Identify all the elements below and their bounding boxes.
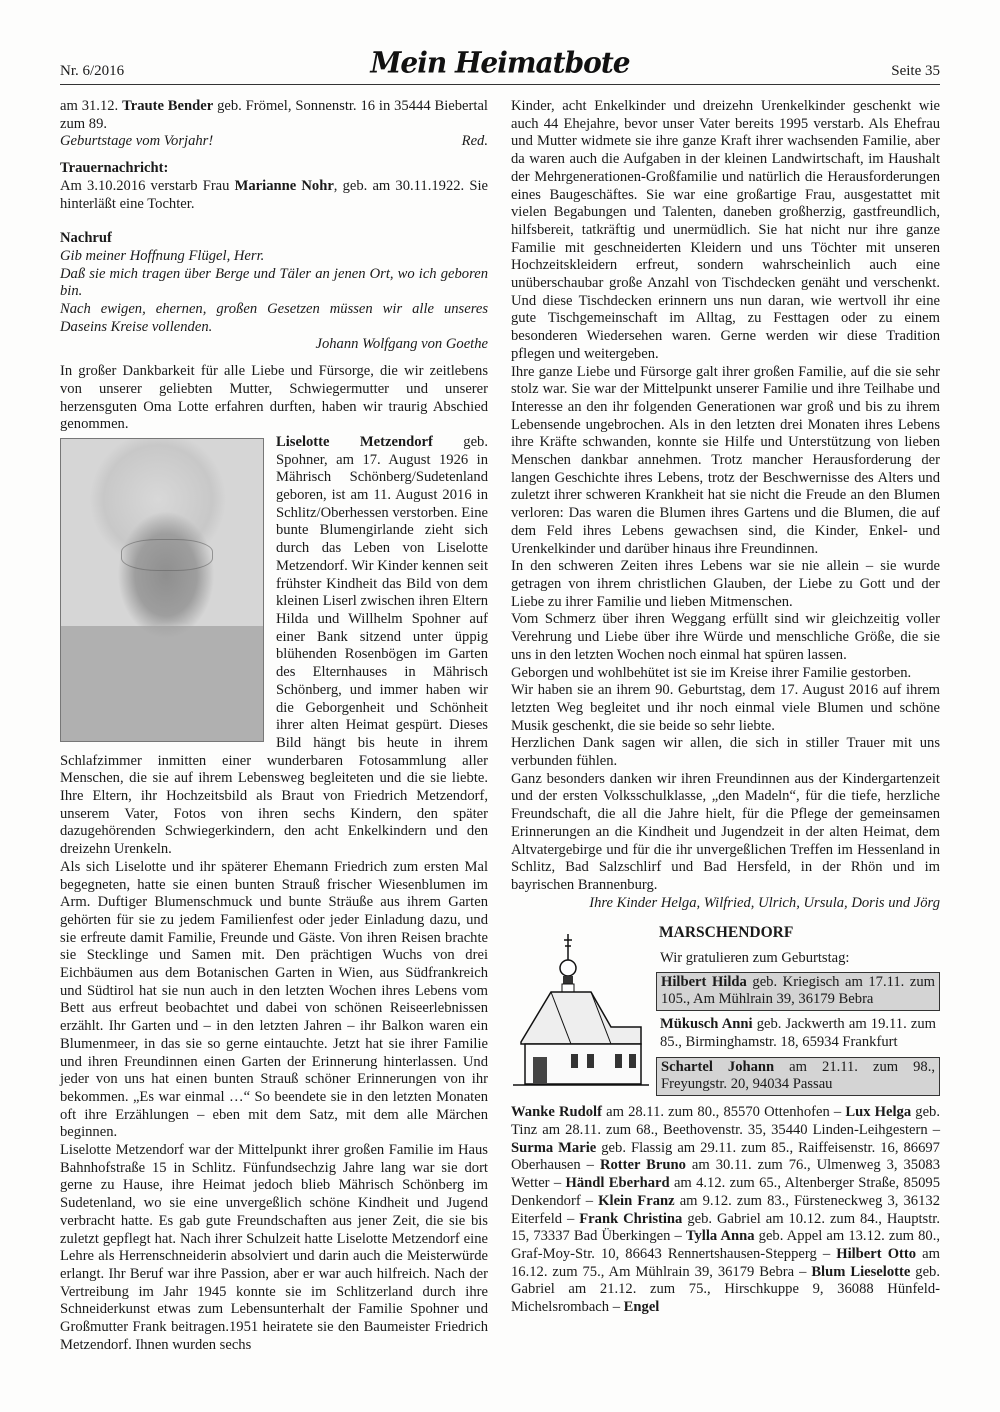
nachruf-paragraph: Wir haben sie an ihrem 90. Geburtstag, d… bbox=[511, 682, 940, 735]
trauer-text: Am 3.10.2016 verstarb Frau Marianne Nohr… bbox=[60, 178, 488, 213]
nachruf-paragraph: Als sich Liselotte und ihr späterer Ehem… bbox=[60, 859, 488, 1142]
birthday-entry: Mükusch Anni geb. Jackwerth am 19.11. zu… bbox=[656, 1015, 940, 1052]
poem-author: Johann Wolfgang von Goethe bbox=[60, 336, 488, 354]
nachruf-paragraph: Herzlichen Dank sagen wir allen, die sic… bbox=[511, 735, 940, 770]
nachruf-heading: Nachruf bbox=[60, 230, 488, 248]
page-header: Nr. 6/2016 Mein Heimatbote Seite 35 bbox=[60, 52, 940, 85]
nachruf-paragraph: Kinder, acht Enkelkinder und dreizehn Ur… bbox=[511, 98, 940, 364]
person-name: Traute Bender bbox=[122, 98, 213, 114]
church-illustration-icon bbox=[511, 932, 651, 1092]
portrait-photo bbox=[60, 438, 264, 742]
nachruf-paragraph: In den schweren Zeiten ihres Lebens war … bbox=[511, 558, 940, 611]
poem-line: Gib meiner Hoffnung Flügel, Herr. bbox=[60, 248, 488, 266]
nachruf-paragraph: Ganz besonders danken wir ihren Freundin… bbox=[511, 771, 940, 895]
trauer-heading: Trauernachricht: bbox=[60, 160, 488, 178]
masthead-logo: Mein Heimatbote bbox=[60, 45, 940, 80]
poem-line: Daß sie mich tragen über Berge und Täler… bbox=[60, 266, 488, 301]
nachruf-intro: In großer Dankbarkeit für alle Liebe und… bbox=[60, 363, 488, 434]
nachruf-signature: Ihre Kinder Helga, Wilfried, Ulrich, Urs… bbox=[511, 895, 940, 913]
birthday-highlight-box: Hilbert Hilda geb. Kriegisch am 17.11. z… bbox=[656, 972, 940, 1011]
marschendorf-birthdays: MARSCHENDORF Wir gratulieren zum Geburts… bbox=[656, 912, 940, 1098]
birthday-list: Wanke Rudolf am 28.11. zum 80., 85570 Ot… bbox=[511, 1104, 940, 1316]
deceased-name: Liselotte Metzendorf bbox=[276, 434, 433, 450]
marschendorf-section: MARSCHENDORF Wir gratulieren zum Geburts… bbox=[511, 912, 940, 1102]
nachruf-paragraph: Ihre ganze Liebe und Fürsorge galt ihrer… bbox=[511, 364, 940, 559]
birthday-highlight-box: Schartel Johann am 21.11. zum 98., Freyu… bbox=[656, 1057, 940, 1096]
section-title: MARSCHENDORF bbox=[659, 924, 940, 942]
right-column: Kinder, acht Enkelkinder und dreizehn Ur… bbox=[511, 98, 940, 1317]
left-column: am 31.12. Traute Bender geb. Frömel, Son… bbox=[60, 98, 488, 1355]
nachruf-paragraph: Geborgen und wohlbehütet ist sie im Krei… bbox=[511, 665, 940, 683]
section-subtitle: Wir gratulieren zum Geburtstag: bbox=[660, 950, 940, 968]
nachruf-paragraph: Liselotte Metzendorf war der Mittelpunkt… bbox=[60, 1142, 488, 1354]
poem-line: Nach ewigen, ehernen, großen Gesetzen mü… bbox=[60, 301, 488, 336]
page-number: Seite 35 bbox=[891, 63, 940, 80]
nachruf-paragraph: Vom Schmerz über ihren Weggang erfüllt s… bbox=[511, 611, 940, 664]
portrait-image bbox=[60, 438, 264, 742]
editor-note: Geburtstage vom Vorjahr! Red. bbox=[60, 133, 488, 151]
birthday-entry: am 31.12. Traute Bender geb. Frömel, Son… bbox=[60, 98, 488, 133]
